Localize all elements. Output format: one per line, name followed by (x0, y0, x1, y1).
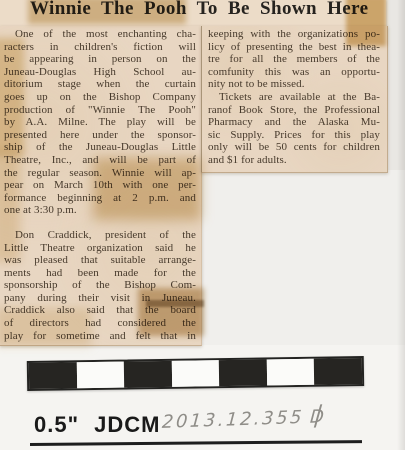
article-paragraph: One of the most enchanting cha-racters i… (4, 28, 196, 217)
article-line: formance beginning at 2 p.m. and (4, 192, 196, 205)
article-line: licy of presenting the best in thea- (208, 41, 380, 54)
article-line: ranof Book Store, the Professional (208, 104, 380, 117)
article-left-column: One of the most enchanting cha-racters i… (4, 28, 196, 342)
article-line: ments had been made for the (4, 267, 196, 280)
article-line: keeping with the organizations po- (208, 28, 380, 41)
article-line: one at 3:30 p.m. (4, 204, 196, 217)
article-paragraph: Tickets are available at the Ba-ranof Bo… (208, 91, 380, 167)
scale-bar-segment-black (29, 362, 77, 389)
article-right-column: keeping with the organizations po-licy o… (208, 28, 380, 167)
photo-scale-bar (27, 356, 364, 391)
scanned-record-photo: Winnie The Pooh To Be Shown Here One of … (0, 0, 405, 450)
scale-bar-segment-white (76, 362, 124, 389)
article-line: pany during their visit in Juneau. (4, 292, 196, 305)
article-line: Craddick also said that the board (4, 304, 196, 317)
scan-edge-shadow (397, 0, 405, 450)
article-line: was pleased that suitable arrange- (4, 254, 196, 267)
scale-bar-segment-black (124, 361, 172, 388)
article-line: comfunity this was an opportu- (208, 66, 380, 79)
article-line: only will be 50 cents for children (208, 141, 380, 154)
article-paragraph: Don Craddick, president of theLittle The… (4, 229, 196, 342)
article-line: ditorium stage when the curtain (4, 78, 196, 91)
article-line: nity not to be missed. (208, 78, 380, 91)
article-line: Juneau-Douglas High School au- (4, 66, 196, 79)
article-line: Don Craddick, president of the (4, 229, 196, 242)
scan-background-mid (196, 170, 405, 350)
article-line: by A.A. Milne. The play will be (4, 116, 196, 129)
scale-bar-segment-white (267, 359, 315, 386)
article-line: the regular season. Winnie will ap- (4, 167, 196, 180)
article-line: goes up on the Bishop Company (4, 91, 196, 104)
article-line: of directors had considered the (4, 317, 196, 330)
article-line: pear on March 10th with one per- (4, 179, 196, 192)
article-line: and $1 for adults. (208, 154, 380, 167)
article-line: tre for all the members of the (208, 53, 380, 66)
scale-bar-segment-black (219, 359, 267, 386)
article-headline: Winnie The Pooh To Be Shown Here (30, 0, 380, 22)
article-line: production of "Winnie The Pooh" (4, 104, 196, 117)
article-line: Little Theatre organization said he (4, 242, 196, 255)
article-line: Pharmacy and the Alaska Mu- (208, 116, 380, 129)
scale-bar-segment-white (172, 360, 220, 387)
article-line: Theatre, Inc., and will be part of (4, 154, 196, 167)
article-paragraph: keeping with the organizations po-licy o… (208, 28, 380, 91)
article-line: sic Supply. Prices for this play (208, 129, 380, 142)
article-line: sponsorship of the Bishop Com- (4, 279, 196, 292)
article-line: racters in children's fiction will (4, 41, 196, 54)
article-line: play for sometime and felt that in (4, 330, 196, 343)
article-line: Tickets are available at the Ba- (208, 91, 380, 104)
article-line: be appearing in person on the (4, 53, 196, 66)
accession-suffix: D (309, 406, 327, 428)
article-line: presented here under the sponsor- (4, 129, 196, 142)
scale-bar-segment-black (314, 358, 362, 385)
scale-card-label: 0.5" JDCM (34, 412, 160, 438)
article-line: One of the most enchanting cha- (4, 28, 196, 41)
article-line: ship of the Juneau-Douglas Little (4, 141, 196, 154)
